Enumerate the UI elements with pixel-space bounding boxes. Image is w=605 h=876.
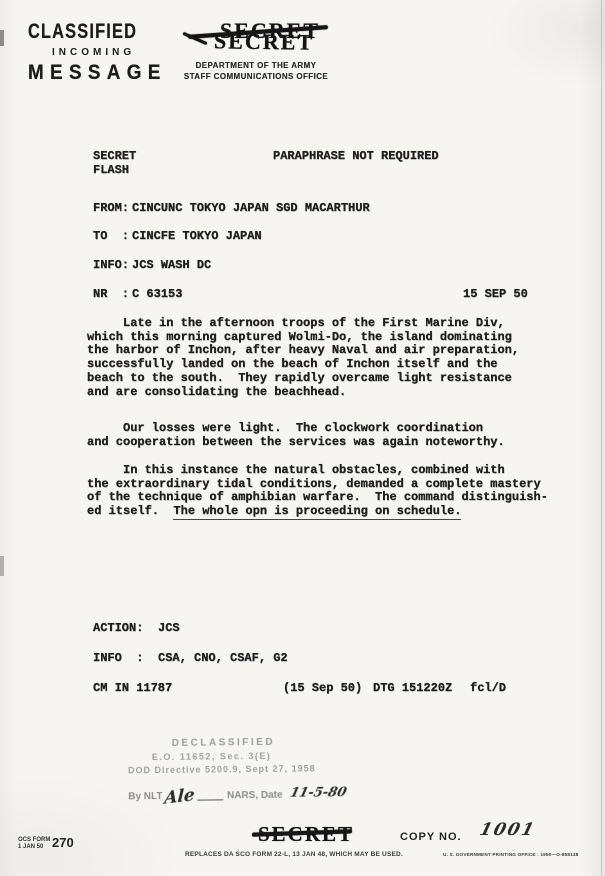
- paragraph-3-underlined-text: The whole opn is proceeding on schedule.: [173, 504, 461, 520]
- message-date: 15 SEP 50: [463, 288, 528, 302]
- routing-info-row: INFO :CSA, CNO, CSAF, G2: [93, 652, 288, 666]
- agency-label: NARS, Date: [227, 790, 283, 802]
- form-identifier: OCS FORM 1 JAN 50: [18, 837, 50, 851]
- from-value: CINCUNC TOKYO JAPAN SGD MACARTHUR: [132, 201, 370, 215]
- action-row: ACTION:JCS: [93, 622, 180, 636]
- scan-artifact: [0, 30, 4, 46]
- form-number: 270: [52, 835, 74, 850]
- department-line2: STAFF COMMUNICATIONS OFFICE: [156, 71, 356, 82]
- scan-edge-line: [601, 0, 602, 876]
- cm-in-number: CM IN 11787: [93, 682, 172, 696]
- cm-in-date: (15 Sep 50): [283, 682, 362, 696]
- action-label: ACTION:: [93, 622, 158, 636]
- info-label: INFO:: [93, 259, 132, 273]
- paraphrase-note: PARAPHRASE NOT REQUIRED: [273, 150, 439, 164]
- replaces-note: REPLACES DA SCO FORM 22-L, 13 JAN 48, WH…: [185, 851, 403, 858]
- secret-stamp-top: SECRET SECRET: [216, 18, 326, 52]
- executive-order-line: E.O. 11652, Sec. 3(E): [152, 750, 388, 762]
- department-heading: DEPARTMENT OF THE ARMY STAFF COMMUNICATI…: [156, 60, 356, 82]
- copy-number-handwritten: 1001: [478, 820, 538, 840]
- declass-date-handwritten: 11-5-80: [289, 785, 349, 801]
- routing-info-label: INFO :: [93, 652, 158, 666]
- classified-text: CLASSIFIED: [28, 20, 148, 44]
- by-label: By NLT: [128, 791, 162, 802]
- nr-label: NR :: [93, 288, 132, 302]
- department-line1: DEPARTMENT OF THE ARMY: [156, 60, 356, 71]
- form-name: OCS FORM: [18, 837, 50, 844]
- paragraph-1: Late in the afternoon troops of the Firs…: [87, 317, 519, 399]
- dtg-value: DTG 151220Z: [373, 682, 452, 696]
- paragraph-3: In this instance the natural obstacles, …: [87, 464, 548, 519]
- form-date: 1 JAN 50: [18, 844, 50, 851]
- declassified-text: DECLASSIFIED: [172, 736, 388, 749]
- paragraph-2: Our losses were light. The clockwork coo…: [87, 422, 505, 449]
- from-label: FROM:: [93, 202, 132, 216]
- scan-artifact: [0, 556, 4, 576]
- declassification-stamp: DECLASSIFIED E.O. 11652, Sec. 3(E) DOD D…: [128, 736, 389, 803]
- copy-number-label: COPY NO.: [400, 831, 462, 843]
- precedence-text: FLASH: [93, 164, 136, 178]
- signature-line: [197, 799, 223, 800]
- classification-text: SECRET: [93, 150, 136, 164]
- to-row: TO :CINCFE TOKYO JAPAN: [93, 230, 262, 244]
- incoming-text: INCOMING: [52, 47, 182, 58]
- info-value: JCS WASH DC: [132, 258, 211, 272]
- reviewer-signature: Ale: [164, 790, 195, 804]
- secret-stamp-bottom: SECRET: [258, 822, 348, 846]
- dod-directive-line: DOD Directive 5200.9, Sept 27, 1958: [128, 763, 388, 776]
- nr-row: NR :C 63153: [93, 288, 182, 302]
- document-page: CLASSIFIED INCOMING MESSAGE SECRET SECRE…: [0, 0, 605, 876]
- routing-info-value: CSA, CNO, CSAF, G2: [158, 651, 288, 665]
- declass-by-line: By NLT Ale NARS, Date 11-5-80: [128, 785, 388, 803]
- operator-initials: fcl/D: [470, 682, 506, 696]
- to-value: CINCFE TOKYO JAPAN: [132, 229, 262, 243]
- action-value: JCS: [158, 621, 180, 635]
- printing-office-note: U. S. GOVERNMENT PRINTING OFFICE : 1950—…: [443, 852, 578, 857]
- message-text: MESSAGE: [28, 61, 167, 85]
- classification-block: SECRET FLASH: [93, 150, 136, 177]
- info-row: INFO:JCS WASH DC: [93, 259, 211, 273]
- from-row: FROM:CINCUNC TOKYO JAPAN SGD MACARTHUR: [93, 202, 370, 216]
- nr-value: C 63153: [132, 287, 182, 301]
- to-label: TO :: [93, 230, 132, 244]
